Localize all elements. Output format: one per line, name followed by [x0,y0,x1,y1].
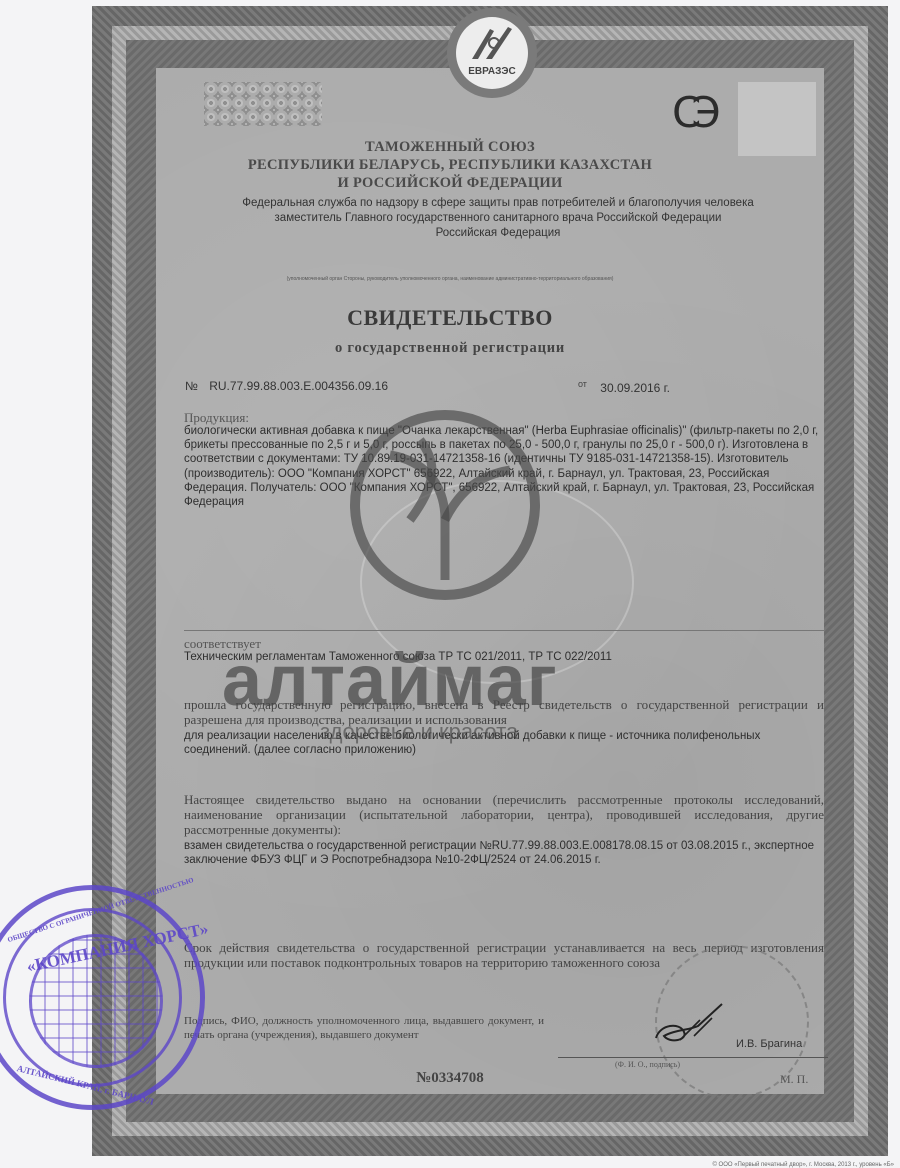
registration-number: № RU.77.99.88.003.E.004356.09.16 [185,379,388,393]
basis-value: взамен свидетельства о государственной р… [184,839,824,867]
certificate-title: СВИДЕТЕЛЬСТВО [156,305,744,331]
registration-date: от 30.09.2016 г. [578,379,670,395]
leaf-icon [360,420,530,590]
printer-footer-note: © ООО «Первый печатный двор», г. Москва,… [712,1162,894,1168]
issuing-service: Федеральная служба по надзору в сфере за… [156,196,840,241]
basis-section: Настоящее свидетельство выдано на основа… [184,792,824,867]
signature-line [558,1057,828,1058]
altaimag-logo-icon [350,410,540,600]
union-line: И РОССИЙСКОЙ ФЕДЕРАЦИИ [156,174,744,192]
watermark-brand: алтаймаг [222,640,558,722]
certificate-subtitle: о государственной регистрации [156,340,744,357]
authority-caption: (уполномоченный орган Стороны, руководит… [156,276,744,282]
decorative-pattern [204,82,322,126]
emblem-swoosh-icon [468,23,516,63]
corner-security-box [738,82,816,156]
fio-caption: (Ф. И. О., подпись) [615,1060,680,1069]
basis-text: Настоящее свидетельство выдано на основа… [184,792,824,837]
signature-caption: Подпись, ФИО, должность уполномоченного … [184,1014,544,1042]
signer-name: И.В. Брагина [736,1038,802,1050]
emblem-label: ЕВРАЗЭС [468,66,516,77]
service-line: Федеральная служба по надзору в сфере за… [156,196,840,211]
signature-icon [650,1000,740,1050]
union-line: РЕСПУБЛИКИ БЕЛАРУСЬ, РЕСПУБЛИКИ КАЗАХСТА… [156,156,744,174]
watermark-slogan: здоровье и красота [320,719,518,745]
union-header: ТАМОЖЕННЫЙ СОЮЗ РЕСПУБЛИКИ БЕЛАРУСЬ, РЕС… [156,138,744,192]
service-line: Российская Федерация [156,226,840,241]
union-line: ТАМОЖЕННЫЙ СОЮЗ [156,138,744,156]
service-line: заместитель Главного государственного са… [156,211,840,226]
conformity-mark-icon: СЭ [672,88,711,137]
number-value: RU.77.99.88.003.E.004356.09.16 [209,379,388,393]
section-divider [184,630,824,631]
number-prefix: № [185,379,198,393]
date-prefix: от [578,379,587,389]
evrazes-emblem-icon: ЕВРАЗЭС [447,8,537,98]
date-value: 30.09.2016 г. [600,381,670,395]
